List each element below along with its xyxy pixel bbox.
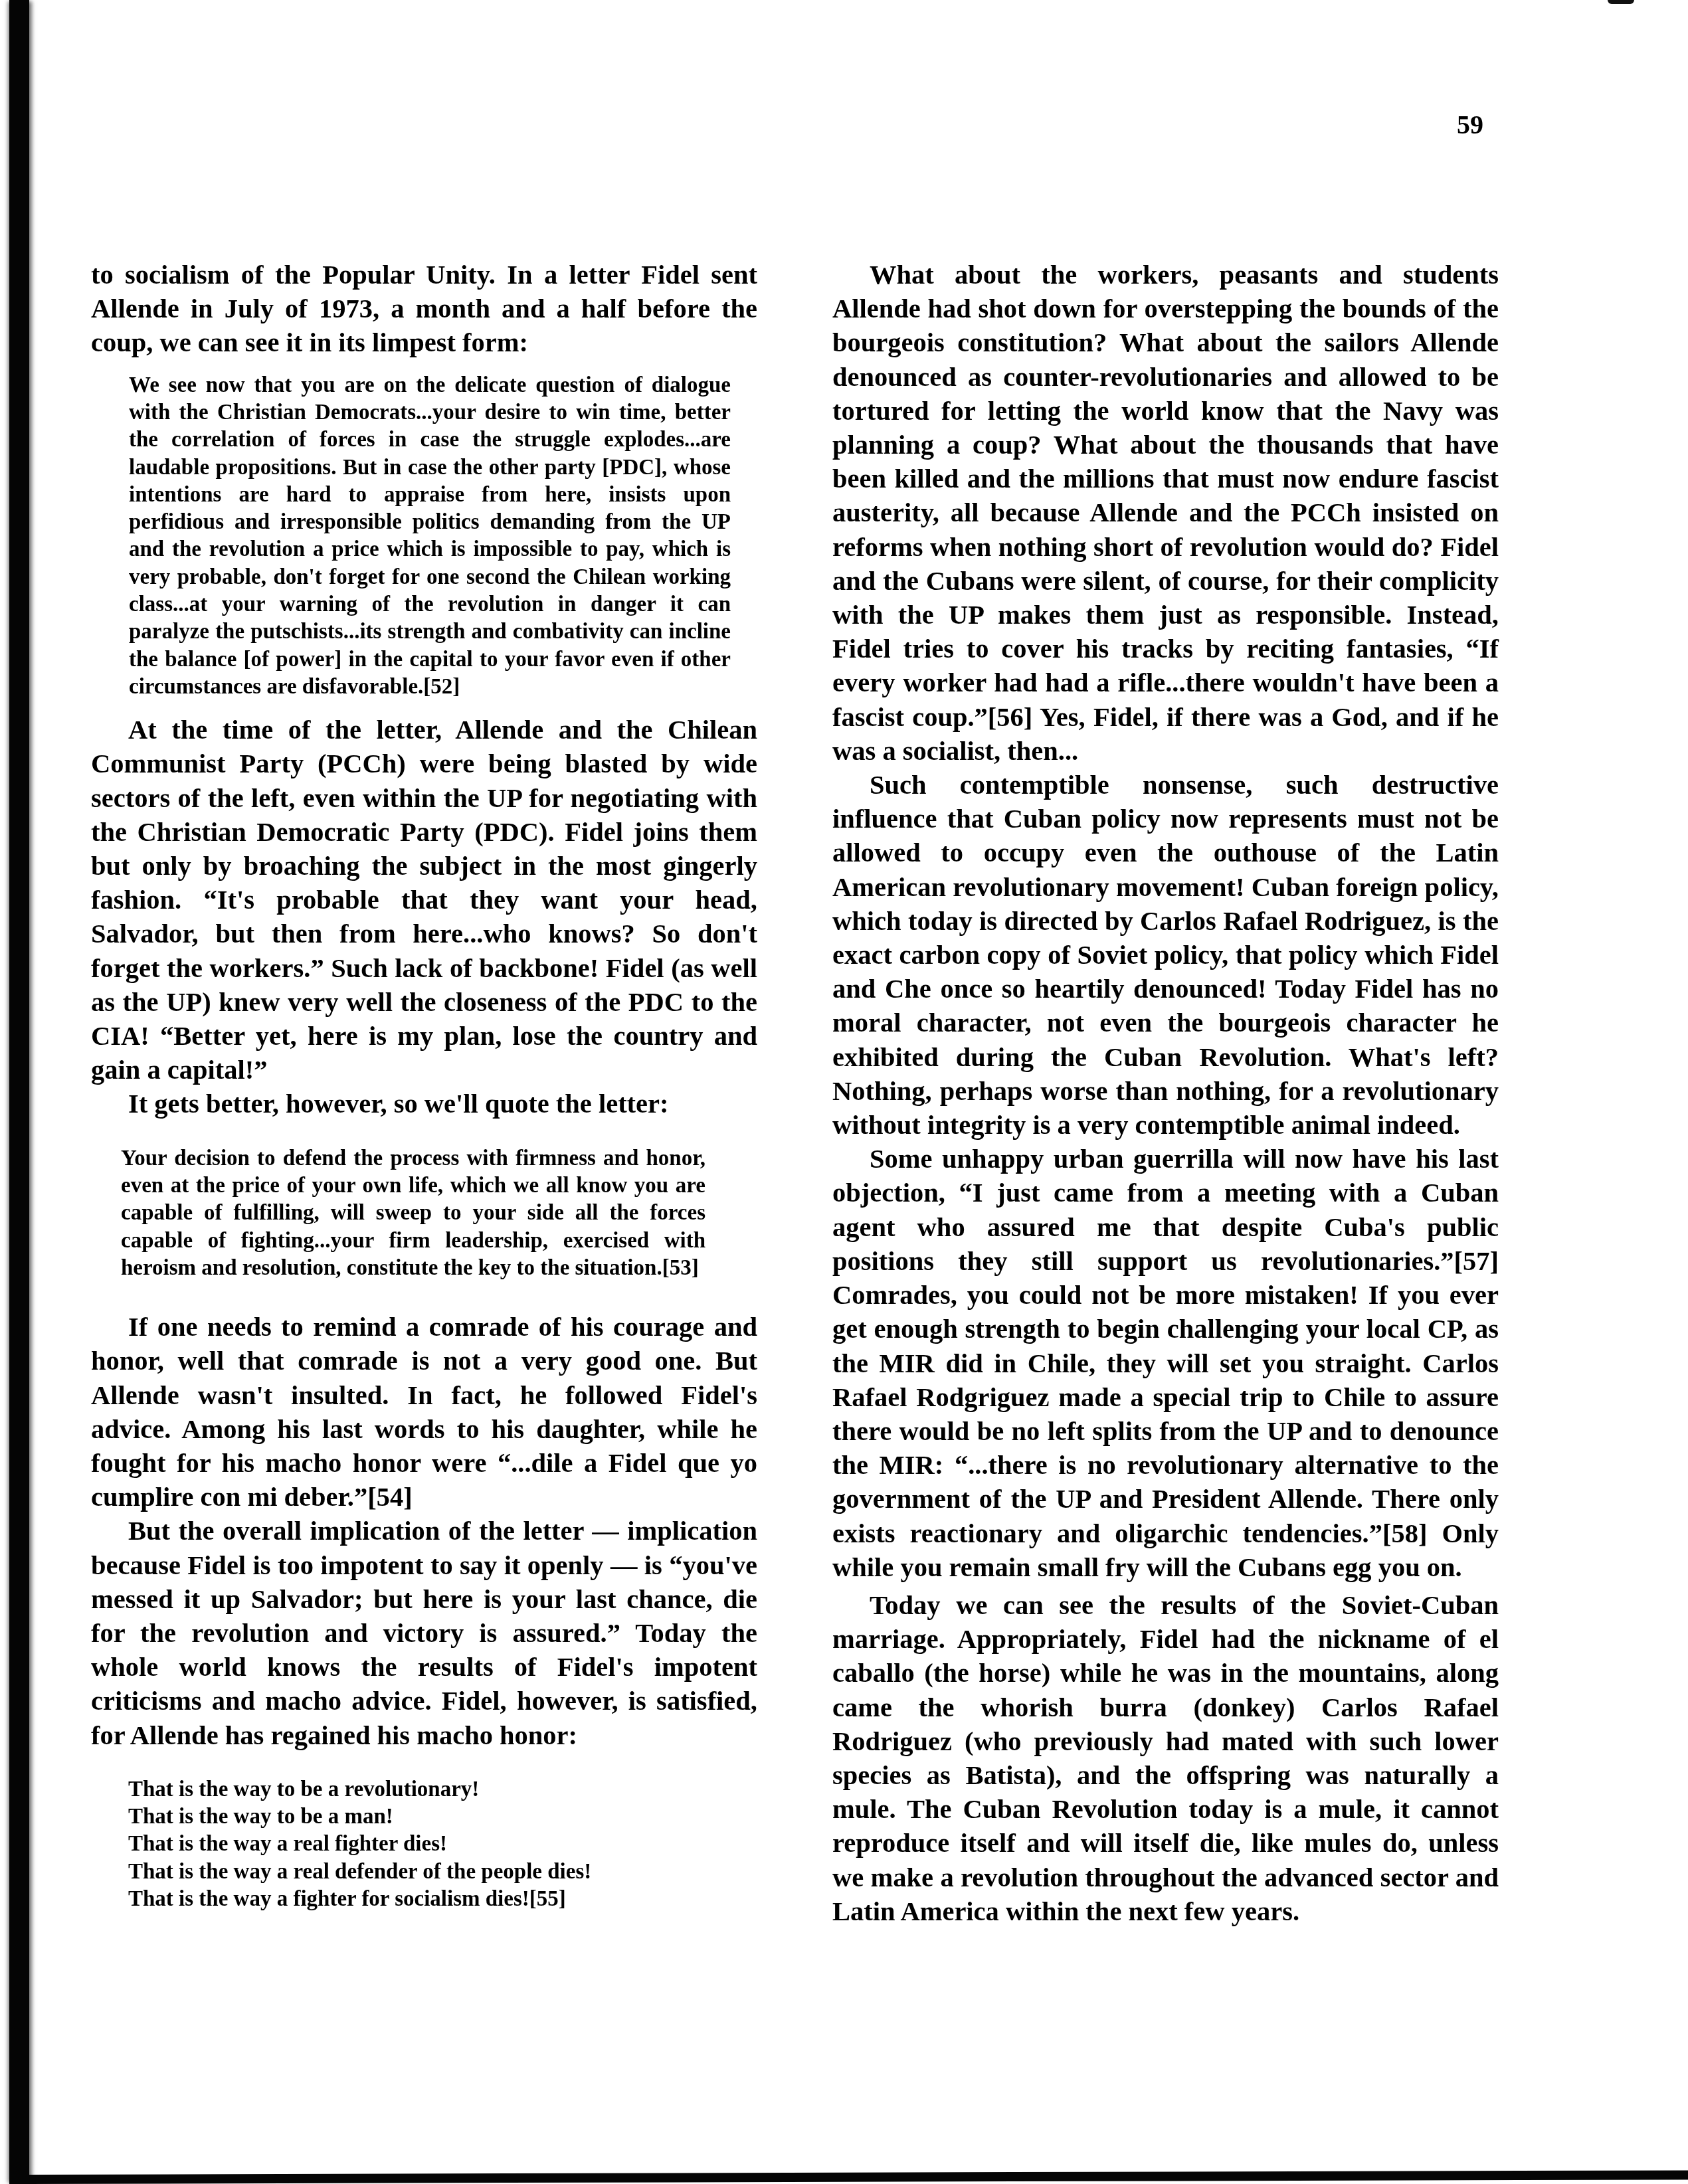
paragraph: If one needs to remind a comrade of his … [91,1310,757,1514]
text-run: Today we can see the results of the Sovi… [832,1590,1499,1654]
paragraph: Some unhappy urban guerrilla will now ha… [832,1142,1499,1584]
left-column: to socialism of the Popular Unity. In a … [91,258,757,1913]
scan-border-bottom [27,2170,1688,2184]
paragraph: At the time of the letter, Allende and t… [91,713,757,1087]
block-quote: Your decision to defend the process with… [91,1145,757,1282]
right-column: What about the workers, peasants and stu… [832,258,1499,1928]
verse-line: That is the way to be a revolutionary! [128,1776,757,1803]
paragraph: It gets better, however, so we'll quote … [91,1087,757,1121]
spacer [91,1282,757,1310]
text-run: What about the workers, peasants and stu… [832,260,1499,732]
paragraph: Today we can see the results of the Sovi… [832,1588,1499,1928]
scan-artifact-top-right [1608,0,1634,4]
emphasis: is [1264,1794,1282,1824]
verse-line: That is the way a fighter for socialism … [128,1886,757,1913]
paragraph: Such contemptible nonsense, such destruc… [832,768,1499,1142]
block-quote: We see now that you are on the delicate … [91,372,757,701]
paragraph: But the overall implication of the lette… [91,1514,757,1752]
verse-line: That is the way a real fighter dies! [128,1831,757,1858]
verse-line: That is the way to be a man! [128,1803,757,1831]
emphasis: burra [1099,1692,1167,1722]
spacer [91,1752,757,1776]
text-run: there was a God, and [1183,702,1448,732]
emphasis: if [1167,702,1183,732]
verse-line: That is the way a real defender of the p… [128,1859,757,1886]
page-number: 59 [1457,109,1483,140]
paragraph: to socialism of the Popular Unity. In a … [91,258,757,360]
paragraph: What about the workers, peasants and stu… [832,258,1499,768]
emphasis: if [1448,702,1464,732]
verse-quote: That is the way to be a revolutionary! T… [91,1776,757,1913]
spacer [91,1121,757,1145]
spacer [91,701,757,713]
scan-border-left [9,0,29,2184]
spacer [91,360,757,372]
